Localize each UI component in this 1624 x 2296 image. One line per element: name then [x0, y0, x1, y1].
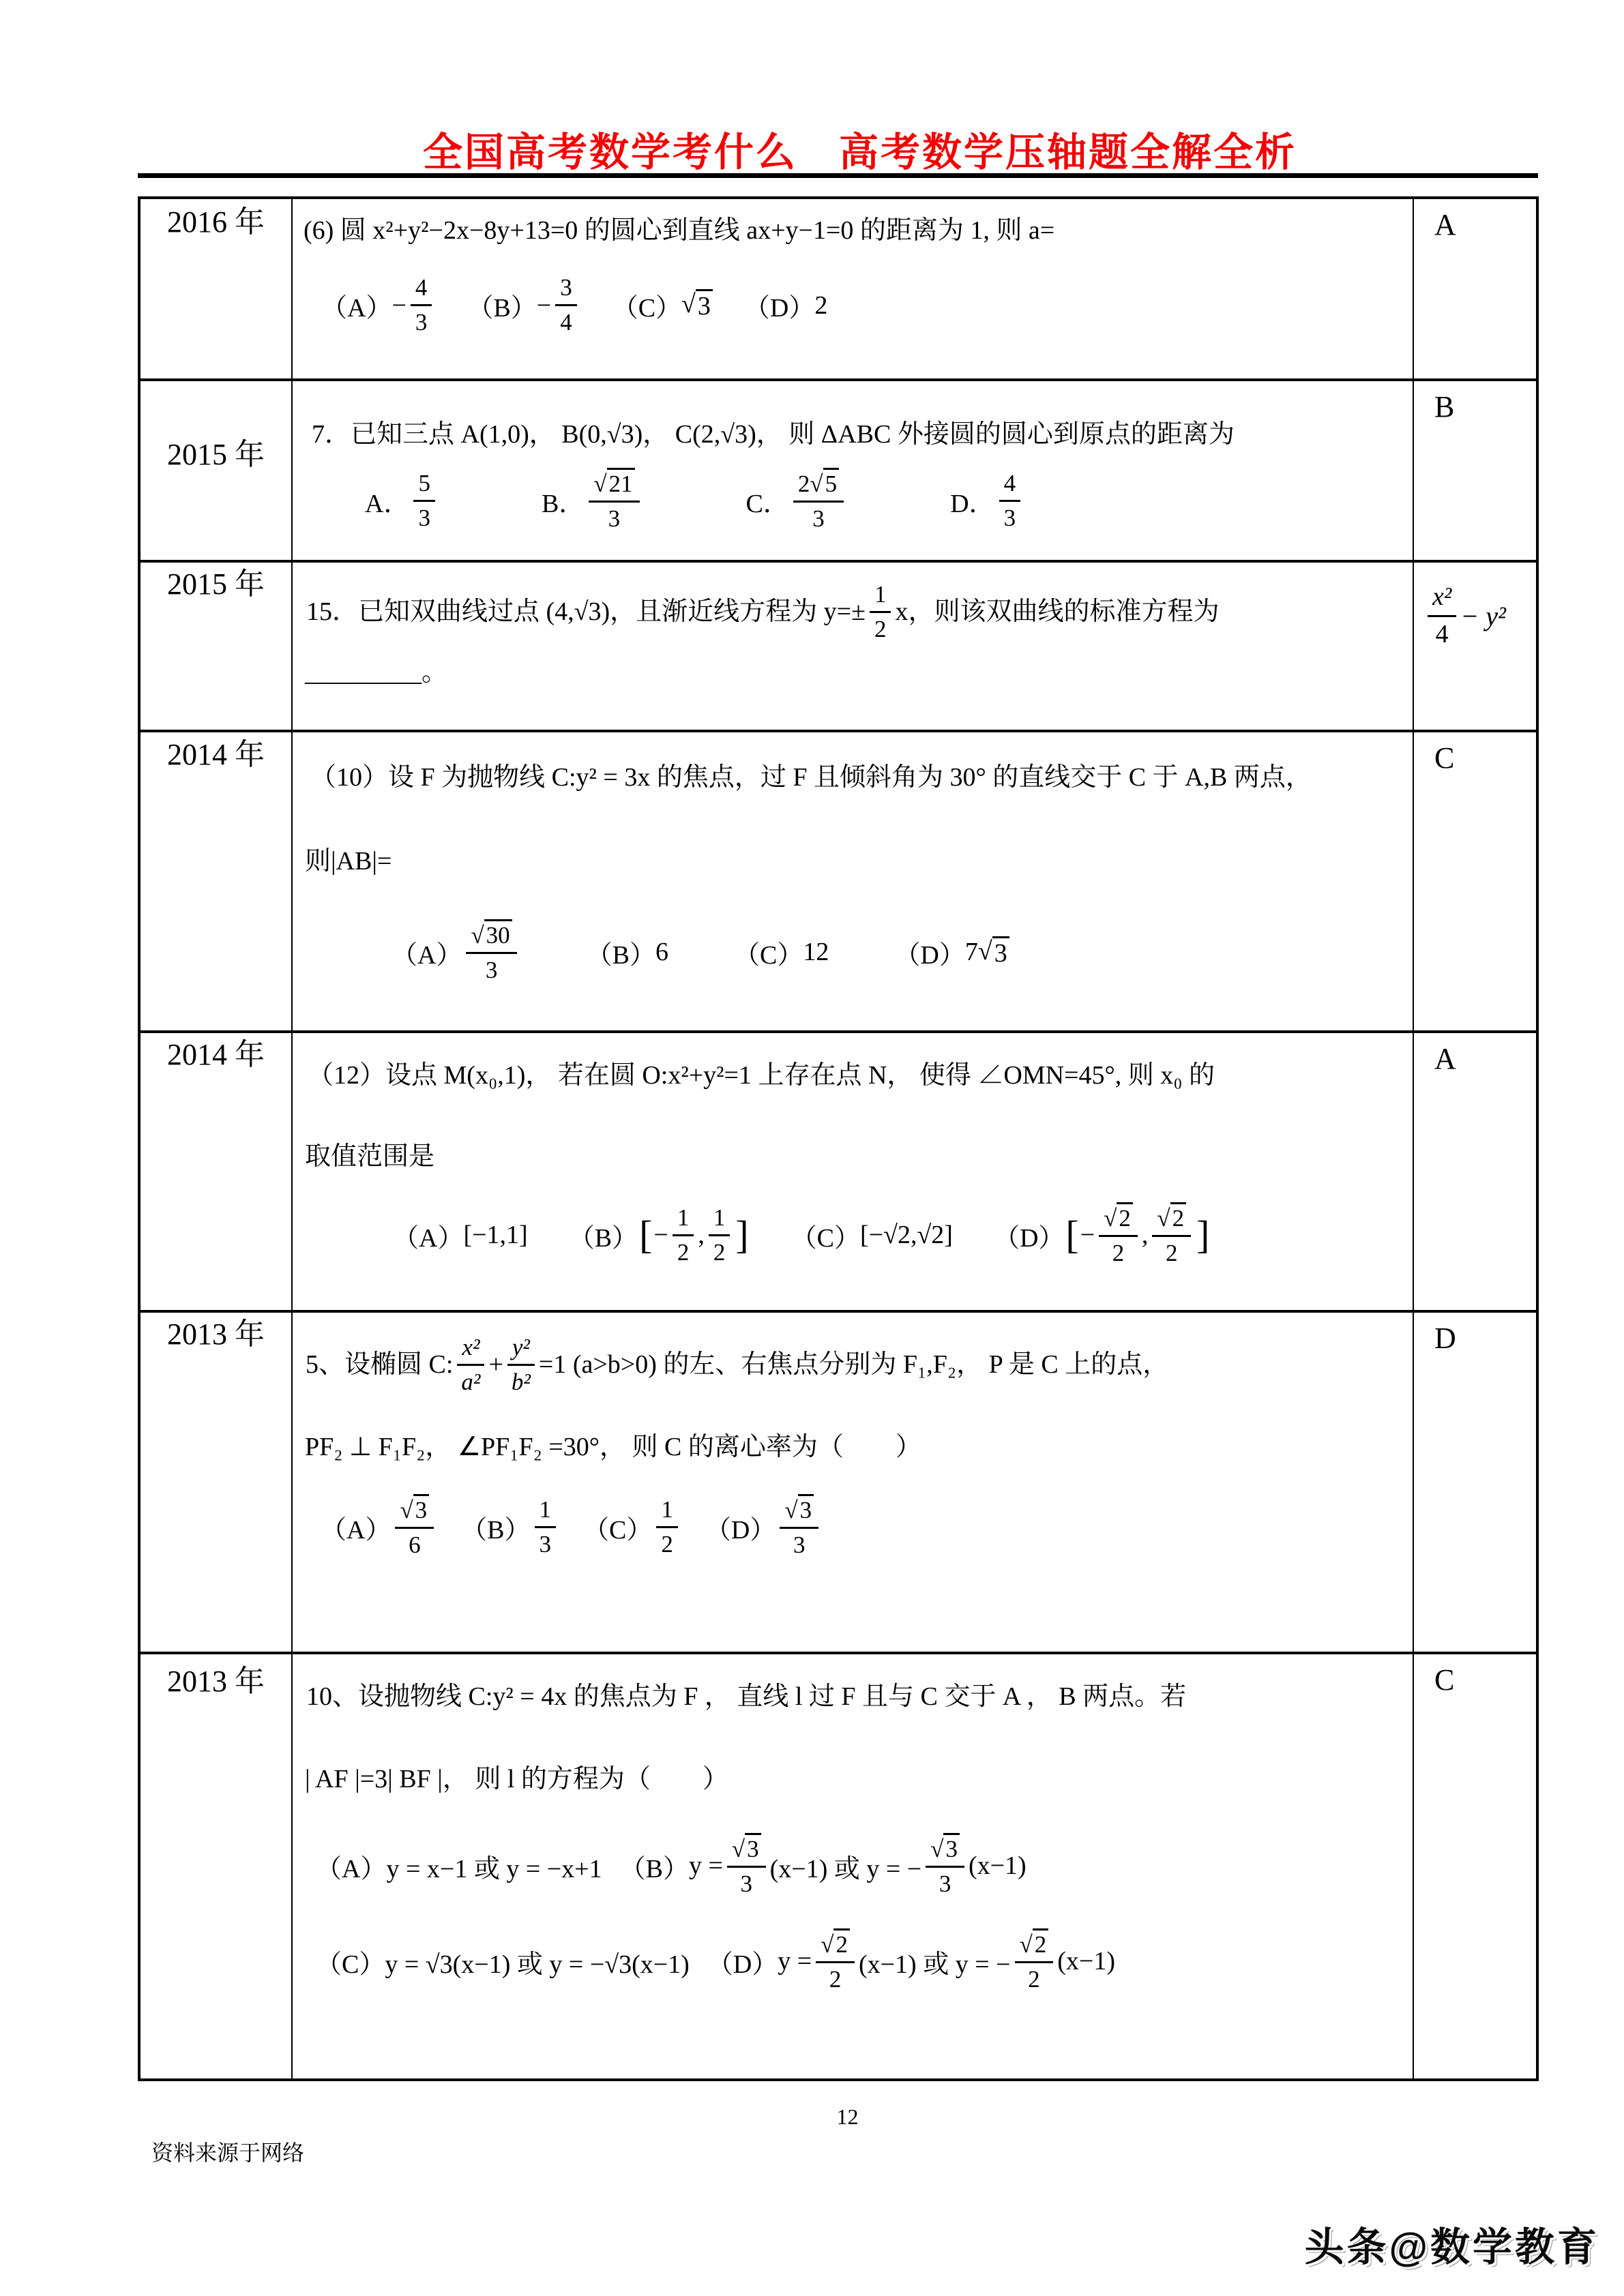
- minus-sign: −: [392, 290, 406, 320]
- question-cell: （10）设 F 为抛物线 C:y² = 3x 的焦点，过 F 且倾斜角为 30°…: [292, 731, 1413, 1032]
- option-a: （A） √36: [321, 1494, 438, 1560]
- option-b: （B） 6: [587, 934, 668, 971]
- sqrt-sign: √: [681, 289, 696, 319]
- option-c: C． 2√53: [746, 468, 848, 533]
- sqrt-sign: √: [821, 1930, 833, 1959]
- question-cell: 5、设椭圆 C: x²a² + y²b² =1 (a>b>0) 的左、右焦点分别…: [292, 1311, 1413, 1653]
- table-row: 2014 年 （12）设点 M(x₀,1)， 若在圆 O:x²+y²=1 上存在…: [139, 1032, 1537, 1311]
- option-value: 6: [655, 937, 668, 967]
- table-row: 2013 年 10、设抛物线 C:y² = 4x 的焦点为 F ， 直线 l 过…: [139, 1653, 1537, 2080]
- table-row: 2016 年 (6) 圆 x²+y²−2x−8y+13=0 的圆心到直线 ax+…: [139, 198, 1537, 380]
- sqrt-sign: √: [593, 470, 606, 498]
- year-cell: 2014 年: [139, 1032, 292, 1311]
- year-cell: 2013 年: [139, 1311, 292, 1653]
- sqrt-sign: √: [978, 936, 992, 966]
- frac-num: 2√5: [793, 468, 844, 503]
- close-bracket: ]: [735, 1215, 748, 1255]
- option-label: （B）: [569, 1217, 638, 1254]
- frac-num: √30: [466, 919, 516, 954]
- question-text: 7．已知三点 A(1,0)， B(0,√3)， C(2,√3)， 则 ΔABC …: [293, 417, 1413, 453]
- fraction: √22: [1015, 1928, 1054, 1994]
- sqrt-radicand: 21: [607, 468, 635, 498]
- answer-label: C: [1414, 1654, 1536, 1697]
- options-row: （A） y = x−1 或 y = −x+1 （B） y = √33 (x−1)…: [293, 1833, 1413, 1898]
- title-divider-rule: [138, 173, 1538, 178]
- source-note: 资料来源于网络: [151, 2136, 304, 2167]
- frac-den: 2: [829, 1963, 842, 1994]
- option-label: （D）: [707, 1943, 778, 1980]
- option-a: （A） y = x−1 或 y = −x+1: [316, 1847, 602, 1885]
- frac-num: √2: [1015, 1928, 1054, 1963]
- option-label: （C）: [612, 286, 681, 324]
- fraction: 12: [709, 1204, 730, 1267]
- question-text: 10、设抛物线 C:y² = 4x 的焦点为 F ， 直线 l 过 F 且与 C…: [293, 1679, 1413, 1715]
- frac-num: √3: [727, 1833, 766, 1868]
- year-label: 2015 年: [141, 381, 291, 471]
- option-label: （B）: [620, 1847, 689, 1885]
- option-b: （B） [ − 12 , 12 ]: [569, 1204, 750, 1267]
- question-segment: =1 (a>b>0) 的左、右焦点分别为 F₁,F₂， P 是 C 上的点，: [539, 1347, 1168, 1383]
- frac-num: 4: [411, 273, 432, 306]
- frac-den: 3: [608, 503, 621, 533]
- table-row: 2015 年 15．已知双曲线过点 (4,√3)，且渐近线方程为 y=± 12 …: [139, 561, 1537, 731]
- plus-sign: +: [488, 1347, 503, 1383]
- sqrt-radicand: 5: [823, 468, 840, 498]
- option-d: （D） √33: [705, 1494, 823, 1560]
- frac-num: √2: [1099, 1202, 1138, 1237]
- frac-den: 2: [1112, 1237, 1125, 1268]
- option-value: 12: [803, 937, 829, 967]
- year-cell: 2015 年: [139, 561, 292, 731]
- frac-den: 2: [1166, 1237, 1178, 1268]
- year-label: 2015 年: [141, 563, 291, 601]
- option-c: （C） [−√2,√2]: [791, 1217, 953, 1254]
- sqrt-sign: √: [471, 921, 484, 950]
- open-bracket: [: [639, 1215, 652, 1255]
- equation-segment: (x−1) 或 y = −: [770, 1847, 922, 1885]
- options-row-2: （C） y = √3(x−1) 或 y = −√3(x−1) （D） y = √…: [293, 1928, 1413, 1994]
- equation-segment: y =: [778, 1946, 812, 1976]
- year-label: 2014 年: [141, 1033, 291, 1071]
- answer-formula-rest: − y²: [1460, 600, 1506, 632]
- year-cell: 2014 年: [139, 731, 292, 1032]
- option-label: D．: [950, 482, 994, 520]
- fraction: √22: [816, 1928, 855, 1994]
- option-c: （C） 12: [734, 934, 829, 971]
- table-row: 2015 年 7．已知三点 A(1,0)， B(0,√3)， C(2,√3)， …: [139, 380, 1537, 561]
- answer-cell: C: [1413, 731, 1537, 1032]
- option-d: （D） [ − √22 , √22 ]: [994, 1202, 1211, 1268]
- frac-num: 1: [535, 1495, 557, 1528]
- frac-num: x²: [457, 1333, 484, 1366]
- option-label: （D）: [894, 934, 964, 971]
- coefficient: 7: [965, 937, 978, 967]
- sqrt-radicand: 3: [745, 1833, 761, 1864]
- fraction: 2√53: [793, 468, 844, 533]
- frac-num: √3: [395, 1494, 434, 1529]
- frac-num: 3: [555, 273, 577, 306]
- option-value: [−√2,√2]: [860, 1220, 953, 1250]
- frac-den: 2: [874, 613, 887, 644]
- sqrt-radicand: 3: [943, 1833, 960, 1864]
- answer-cell: D: [1413, 1311, 1537, 1653]
- minus-sign: −: [1080, 1220, 1095, 1250]
- sqrt-sign: √: [930, 1835, 943, 1864]
- fraction: 12: [656, 1495, 678, 1559]
- option-b: （B） y = √33 (x−1) 或 y = − √33 (x−1): [620, 1833, 1027, 1898]
- option-label: （A）: [321, 286, 392, 324]
- year-label: 2014 年: [141, 732, 291, 771]
- options-row: （A） √36 （B） 13 （C） 12 （D） √33: [293, 1494, 1413, 1560]
- frac-num: √2: [1152, 1202, 1191, 1237]
- option-label: （A）: [316, 1847, 386, 1885]
- option-c: （C） √3: [612, 286, 713, 324]
- frac-den: a²: [461, 1366, 480, 1397]
- frac-den: 6: [409, 1529, 421, 1560]
- option-label: （B）: [461, 1508, 530, 1546]
- year-label: 2013 年: [141, 1313, 291, 1351]
- option-label: （B）: [587, 934, 655, 971]
- sqrt-expression: √3: [681, 289, 713, 321]
- fraction: 43: [999, 469, 1021, 533]
- option-label: （C）: [316, 1943, 385, 1980]
- equation-segment: (x−1): [1057, 1946, 1115, 1976]
- option-label: （C）: [791, 1217, 860, 1254]
- option-label: （A）: [392, 934, 462, 971]
- option-label: （A）: [321, 1508, 391, 1546]
- sqrt-radicand: 3: [413, 1494, 430, 1525]
- option-value: y = x−1 或 y = −x+1: [386, 1847, 602, 1885]
- option-c: （C） y = √3(x−1) 或 y = −√3(x−1): [316, 1943, 690, 1980]
- question-text: 5、设椭圆 C: x²a² + y²b² =1 (a>b>0) 的左、右焦点分别…: [293, 1333, 1413, 1397]
- equation-segment: y =: [689, 1851, 723, 1881]
- frac-den: b²: [512, 1366, 531, 1397]
- comma: ,: [1142, 1220, 1149, 1250]
- document-page: 全国高考数学考什么 高考数学压轴题全解全析 2016 年 (6) 圆 x²+y²…: [0, 0, 1624, 2296]
- question-text: (6) 圆 x²+y²−2x−8y+13=0 的圆心到直线 ax+y−1=0 的…: [293, 213, 1413, 249]
- answer-label: C: [1414, 732, 1536, 775]
- option-a: （A） [−1,1]: [393, 1217, 528, 1254]
- option-a: （A） √303: [392, 919, 521, 985]
- answer-cell: C: [1413, 1653, 1537, 2080]
- question-cell: 10、设抛物线 C:y² = 4x 的焦点为 F ， 直线 l 过 F 且与 C…: [292, 1653, 1413, 2080]
- frac-num: 4: [999, 469, 1021, 502]
- option-d: （D） 7 √3: [894, 934, 1009, 971]
- frac-num: √21: [589, 468, 639, 503]
- frac-den: 3: [418, 502, 430, 533]
- table-row: 2014 年 （10）设 F 为抛物线 C:y² = 3x 的焦点，过 F 且倾…: [139, 731, 1537, 1032]
- fraction: 12: [870, 580, 891, 644]
- frac-num: √3: [926, 1833, 964, 1868]
- question-text-2: 取值范围是: [293, 1139, 1413, 1175]
- question-cell: 7．已知三点 A(1,0)， B(0,√3)， C(2,√3)， 则 ΔABC …: [292, 380, 1413, 561]
- option-d: （D） 2: [744, 286, 827, 324]
- fraction: √36: [395, 1494, 434, 1560]
- fraction: √33: [727, 1833, 766, 1898]
- table-row: 2013 年 5、设椭圆 C: x²a² + y²b² =1 (a>b>0) 的…: [139, 1311, 1537, 1653]
- answer-label: A: [1414, 199, 1536, 242]
- sqrt-radicand: 2: [1170, 1202, 1187, 1233]
- option-label: C．: [746, 482, 789, 520]
- fraction: x²4: [1428, 582, 1456, 650]
- frac-num: √2: [816, 1928, 855, 1963]
- options-row: A． 53 B． √213 C． 2√53 D． 43: [293, 468, 1413, 533]
- equation-segment: (x−1) 或 y = −: [859, 1943, 1011, 1980]
- frac-den: 2: [1028, 1963, 1040, 1994]
- question-text-2: | AF |=3| BF |， 则 l 的方程为（ ）: [293, 1761, 1413, 1798]
- answer-cell: x²4 − y²: [1413, 561, 1537, 731]
- year-cell: 2016 年: [139, 198, 292, 380]
- frac-den: 3: [741, 1868, 753, 1898]
- question-text-2: PF₂ ⊥ F₁F₂， ∠PF₁F₂ =30°， 则 C 的离心率为（ ）: [293, 1429, 1413, 1465]
- frac-num: 1: [673, 1204, 694, 1236]
- sqrt-sign: √: [732, 1835, 745, 1864]
- options-row: （A） √303 （B） 6 （C） 12 （D） 7 √3: [293, 919, 1413, 985]
- sqrt-radicand: 2: [1033, 1928, 1049, 1959]
- frac-den: 3: [540, 1528, 552, 1559]
- frac-num: 5: [413, 469, 435, 502]
- question-cell: （12）设点 M(x₀,1)， 若在圆 O:x²+y²=1 上存在点 N， 使得…: [292, 1032, 1413, 1311]
- question-text: （10）设 F 为抛物线 C:y² = 3x 的焦点，过 F 且倾斜角为 30°…: [293, 760, 1413, 796]
- options-row: （A） − 43 （B） − 34 （C） √3 （D）: [293, 273, 1413, 337]
- option-b: B． √213: [542, 468, 644, 533]
- frac-num: √3: [780, 1494, 818, 1529]
- option-label: A．: [365, 482, 409, 520]
- frac-den: 3: [486, 954, 498, 985]
- frac-num: 1: [656, 1495, 678, 1528]
- question-cell: (6) 圆 x²+y²−2x−8y+13=0 的圆心到直线 ax+y−1=0 的…: [292, 198, 1413, 380]
- sqrt-sign: √: [810, 470, 823, 498]
- fraction: 43: [411, 273, 432, 337]
- year-cell: 2015 年: [139, 380, 292, 561]
- frac-den: 2: [677, 1236, 690, 1267]
- option-value: y = √3(x−1) 或 y = −√3(x−1): [385, 1943, 689, 1980]
- option-b: （B） 13: [461, 1495, 560, 1559]
- sqrt-expression: √3: [978, 936, 1009, 968]
- sqrt-radicand: 3: [992, 936, 1009, 968]
- answer-label: B: [1414, 381, 1536, 424]
- frac-den: 3: [793, 1529, 806, 1560]
- sqrt-sign: √: [1020, 1930, 1033, 1959]
- fraction: x²a²: [457, 1333, 484, 1397]
- answer-cell: A: [1413, 1032, 1537, 1311]
- frac-den: 3: [812, 503, 825, 533]
- option-c: （C） 12: [583, 1495, 682, 1559]
- page-number: 12: [35, 2104, 1624, 2130]
- fraction: √33: [780, 1494, 818, 1560]
- question-text-2: 则|AB|=: [293, 844, 1413, 880]
- frac-den: 3: [415, 306, 428, 337]
- answer-label: D: [1414, 1313, 1536, 1356]
- option-label: （D）: [744, 286, 814, 324]
- question-text: 15．已知双曲线过点 (4,√3)，且渐近线方程为 y=± 12 x，则该双曲线…: [293, 580, 1413, 644]
- sqrt-sign: √: [1104, 1204, 1117, 1233]
- close-bracket: ]: [1196, 1215, 1209, 1255]
- frac-num: 1: [709, 1204, 730, 1236]
- fraction: √22: [1152, 1202, 1191, 1268]
- equation-segment: (x−1): [969, 1851, 1027, 1881]
- question-segment: x，则该双曲线的标准方程为: [895, 594, 1219, 630]
- year-label: 2013 年: [141, 1654, 291, 1698]
- sqrt-radicand: 3: [798, 1494, 814, 1525]
- frac-den: 3: [939, 1868, 951, 1898]
- page-title: 全国高考数学考什么 高考数学压轴题全解全析: [48, 120, 1624, 177]
- watermark: 头条@数学教育: [1304, 2215, 1599, 2272]
- sqrt-sign: √: [784, 1496, 797, 1525]
- option-a: （A） − 43: [321, 273, 436, 337]
- fraction: √22: [1099, 1202, 1138, 1268]
- option-value: [−1,1]: [463, 1220, 527, 1250]
- option-label: （A）: [393, 1217, 463, 1254]
- comma: ,: [698, 1220, 705, 1250]
- answer-cell: B: [1413, 380, 1537, 561]
- answer-label: A: [1414, 1033, 1536, 1076]
- option-a: A． 53: [365, 469, 439, 533]
- answer-cell: A: [1413, 198, 1537, 380]
- sqrt-sign: √: [1157, 1204, 1170, 1233]
- option-label: B．: [542, 482, 585, 520]
- coefficient: 2: [798, 470, 810, 498]
- fraction: 12: [673, 1204, 694, 1267]
- exam-questions-table: 2016 年 (6) 圆 x²+y²−2x−8y+13=0 的圆心到直线 ax+…: [138, 196, 1539, 2081]
- sqrt-radicand: 30: [484, 919, 512, 950]
- option-label: （D）: [994, 1217, 1064, 1254]
- frac-num: x²: [1428, 582, 1456, 617]
- fraction: √303: [466, 919, 516, 985]
- fraction: 13: [535, 1495, 557, 1559]
- answer-formula: x²4 − y²: [1414, 563, 1536, 650]
- sqrt-sign: √: [400, 1496, 413, 1525]
- option-label: （D）: [705, 1508, 776, 1546]
- option-label: （C）: [583, 1508, 652, 1546]
- fraction: y²b²: [507, 1333, 535, 1397]
- question-text: （12）设点 M(x₀,1)， 若在圆 O:x²+y²=1 上存在点 N， 使得…: [293, 1058, 1413, 1094]
- fraction: √213: [589, 468, 639, 533]
- frac-den: 4: [560, 306, 572, 337]
- option-label: （C）: [734, 934, 803, 971]
- question-cell: 15．已知双曲线过点 (4,√3)，且渐近线方程为 y=± 12 x，则该双曲线…: [292, 561, 1413, 731]
- minus-sign: −: [537, 290, 551, 320]
- frac-den: 4: [1436, 617, 1449, 651]
- sqrt-radicand: 2: [1117, 1202, 1133, 1233]
- option-label: （B）: [467, 286, 536, 324]
- option-d: （D） y = √22 (x−1) 或 y = − √22 (x−1): [707, 1928, 1115, 1994]
- frac-num: 1: [870, 580, 891, 613]
- sqrt-radicand: 3: [696, 289, 713, 321]
- option-d: D． 43: [950, 469, 1024, 533]
- blank-line: _________。: [293, 655, 1413, 691]
- frac-den: 3: [1004, 502, 1016, 533]
- fraction: √33: [926, 1833, 964, 1898]
- question-segment: 15．已知双曲线过点 (4,√3)，且渐近线方程为 y=±: [306, 594, 866, 630]
- options-row: （A） [−1,1] （B） [ − 12 , 12 ] （C） [−√: [293, 1202, 1413, 1268]
- frac-den: 2: [713, 1236, 726, 1267]
- year-cell: 2013 年: [139, 1653, 292, 2080]
- open-bracket: [: [1065, 1215, 1078, 1255]
- option-value: 2: [814, 290, 827, 320]
- fraction: 34: [555, 273, 577, 337]
- year-label: 2016 年: [141, 199, 291, 239]
- fraction: 53: [413, 469, 435, 533]
- option-b: （B） − 34: [467, 273, 580, 337]
- frac-num: y²: [507, 1333, 535, 1366]
- minus-sign: −: [653, 1220, 668, 1250]
- question-segment: 5、设椭圆 C:: [306, 1347, 453, 1383]
- frac-den: 2: [661, 1528, 673, 1559]
- sqrt-radicand: 2: [833, 1928, 850, 1959]
